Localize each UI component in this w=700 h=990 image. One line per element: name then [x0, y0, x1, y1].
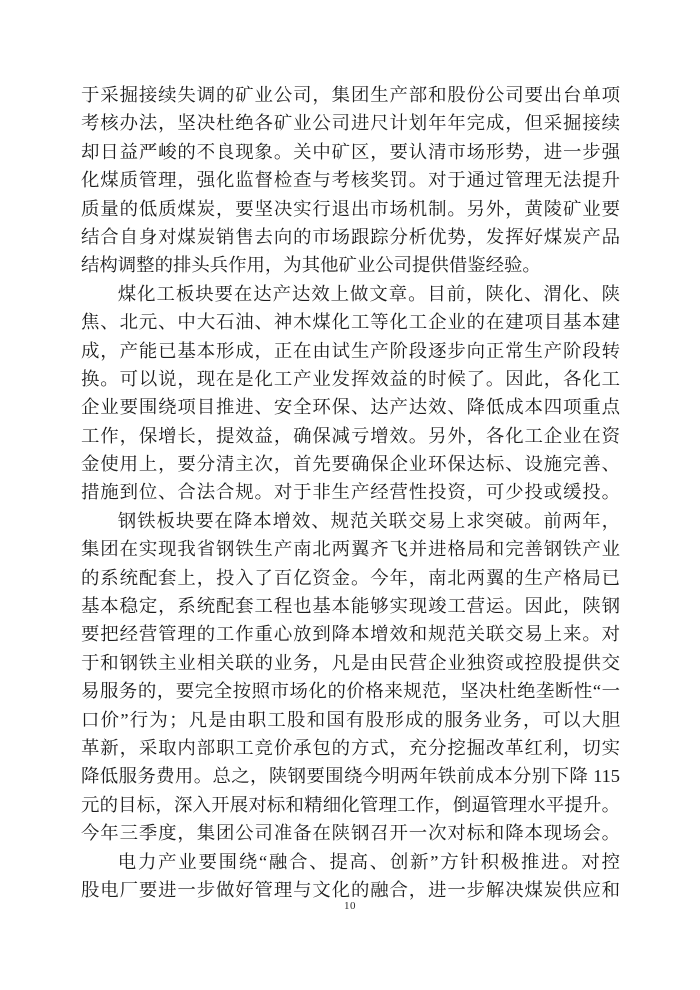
text-line: 易服务的，要完全按照市场化的价格来规范，坚决杜绝垄断性“一	[81, 677, 620, 705]
text-line: 考核办法，坚决杜绝各矿业公司进尺计划年年完成，但采掘接续	[81, 109, 620, 137]
document-page: 于采掘接续失调的矿业公司，集团生产部和股份公司要出台单项考核办法，坚决杜绝各矿业…	[0, 0, 700, 990]
text-line: 革新，采取内部职工竞价承包的方式，充分挖掘改革红利，切实	[81, 734, 620, 762]
text-line: 钢铁板块要在降本增效、规范关联交易上求突破。前两年，	[81, 507, 620, 535]
text-line: 工作，保增长，提效益，确保减亏增效。另外，各化工企业在资	[81, 422, 620, 450]
text-line: 企业要围绕项目推进、安全环保、达产达效、降低成本四项重点	[81, 393, 620, 421]
text-line: 质量的低质煤炭，要坚决实行退出市场机制。另外，黄陵矿业要	[81, 195, 620, 223]
text-line: 口价”行为；凡是由职工股和国有股形成的服务业务，可以大胆	[81, 706, 620, 734]
text-line: 煤化工板块要在达产达效上做文章。目前，陕化、渭化、陕	[81, 280, 620, 308]
text-line: 今年三季度，集团公司准备在陕钢召开一次对标和降本现场会。	[81, 819, 620, 847]
text-line: 的系统配套上，投入了百亿资金。今年，南北两翼的生产格局已	[81, 564, 620, 592]
text-line: 集团在实现我省钢铁生产南北两翼齐飞并进格局和完善钢铁产业	[81, 535, 620, 563]
text-line: 基本稳定，系统配套工程也基本能够实现竣工营运。因此，陕钢	[81, 592, 620, 620]
text-line: 要把经营管理的工作重心放到降本增效和规范关联交易上来。对	[81, 620, 620, 648]
page-number: 10	[0, 900, 700, 912]
text-line: 却日益严峻的不良现象。关中矿区，要认清市场形势，进一步强	[81, 138, 620, 166]
text-line: 降低服务费用。总之，陕钢要围绕今明两年铁前成本分别下降 115	[81, 762, 620, 790]
text-line: 元的目标，深入开展对标和精细化管理工作，倒逼管理水平提升。	[81, 791, 620, 819]
text-line: 换。可以说，现在是化工产业发挥效益的时候了。因此，各化工	[81, 365, 620, 393]
text-line: 金使用上，要分清主次，首先要确保企业环保达标、设施完善、	[81, 450, 620, 478]
text-line: 于采掘接续失调的矿业公司，集团生产部和股份公司要出台单项	[81, 81, 620, 109]
text-line: 成，产能已基本形成，正在由试生产阶段逐步向正常生产阶段转	[81, 337, 620, 365]
text-line: 化煤质管理，强化监督检查与考核奖罚。对于通过管理无法提升	[81, 166, 620, 194]
document-body: 于采掘接续失调的矿业公司，集团生产部和股份公司要出台单项考核办法，坚决杜绝各矿业…	[81, 81, 620, 904]
text-line: 措施到位、合法合规。对于非生产经营性投资，可少投或缓投。	[81, 478, 620, 506]
text-line: 结构调整的排头兵作用，为其他矿业公司提供借鉴经验。	[81, 251, 620, 279]
text-line: 结合自身对煤炭销售去向的市场跟踪分析优势，发挥好煤炭产品	[81, 223, 620, 251]
text-line: 电力产业要围绕“融合、提高、创新”方针积极推进。对控	[81, 848, 620, 876]
text-line: 于和钢铁主业相关联的业务，凡是由民营企业独资或控股提供交	[81, 649, 620, 677]
text-line: 焦、北元、中大石油、神木煤化工等化工企业的在建项目基本建	[81, 308, 620, 336]
